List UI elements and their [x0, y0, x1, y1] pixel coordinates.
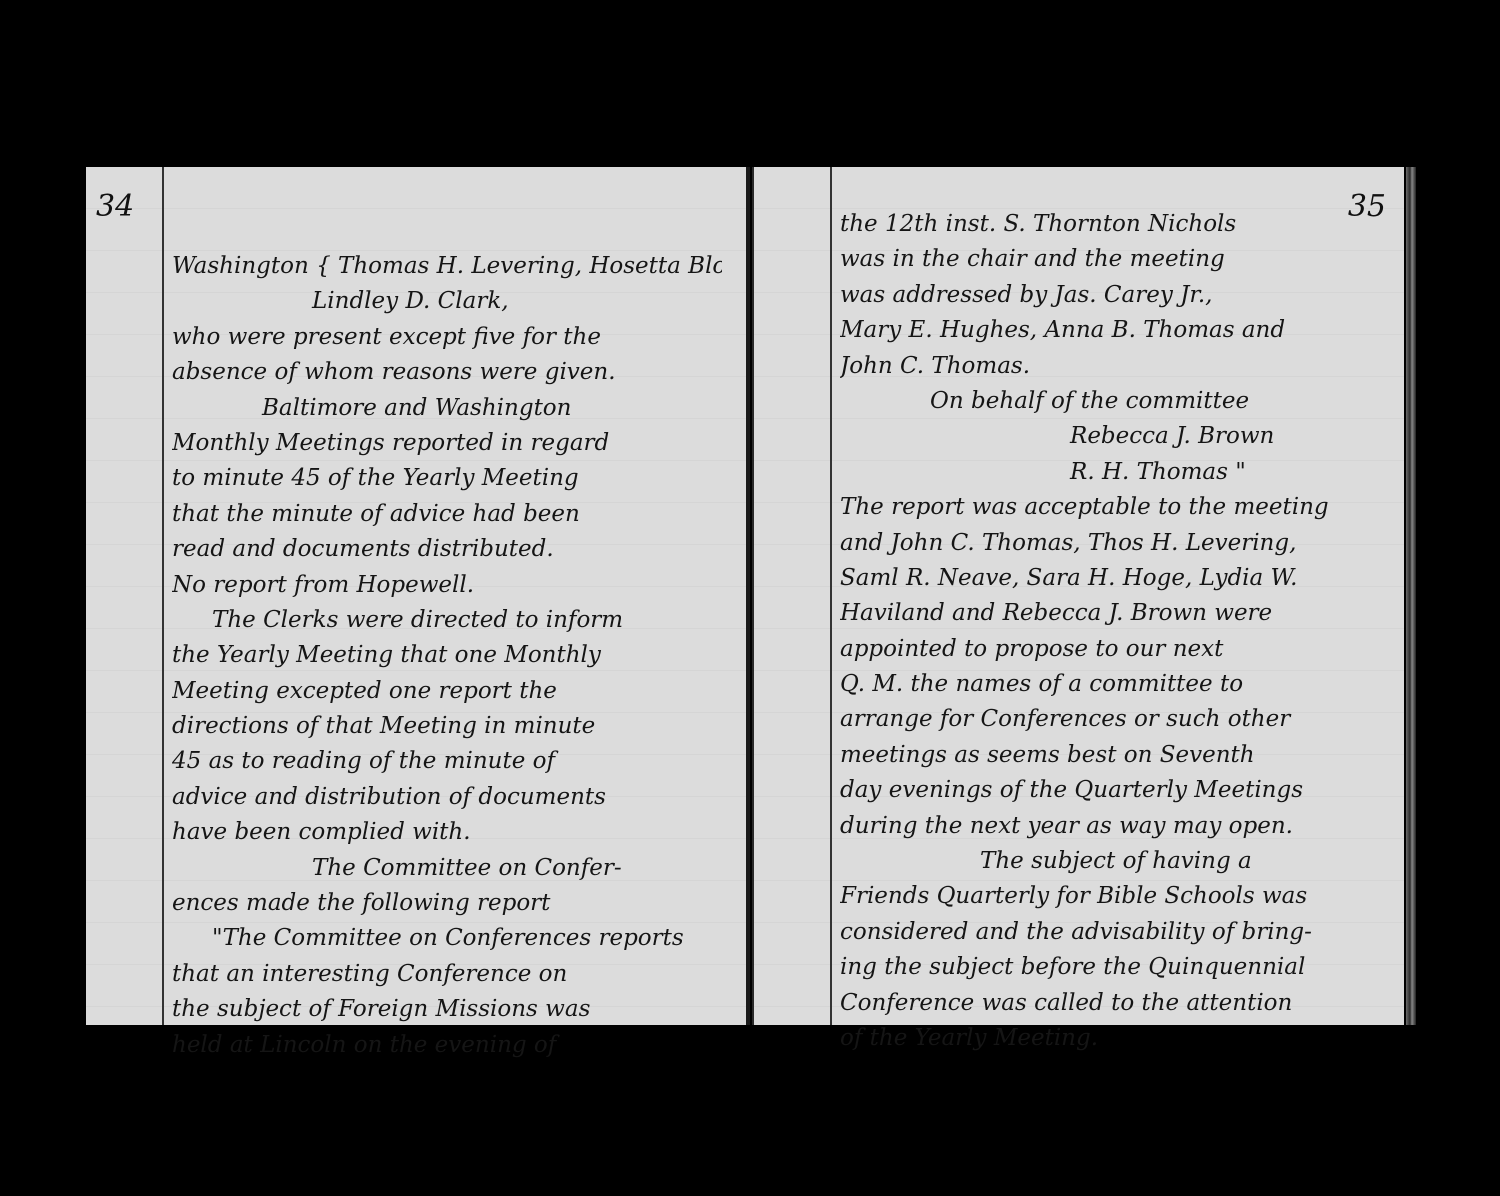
- text-line: R. H. Thomas ": [840, 455, 1380, 490]
- text-line: ing the subject before the Quinquennial: [840, 950, 1380, 985]
- text-line: ences made the following report: [172, 886, 722, 921]
- text-line: that the minute of advice had been: [172, 497, 722, 532]
- text-line: considered and the advisability of bring…: [840, 915, 1380, 950]
- margin-rule: [162, 167, 164, 1025]
- text-line: who were present except five for the: [172, 320, 722, 355]
- left-page: 34 Washington { Thomas H. Levering, Hose…: [86, 167, 750, 1025]
- text-line: Friends Quarterly for Bible Schools was: [840, 879, 1380, 914]
- text-line: The report was acceptable to the meeting: [840, 490, 1380, 525]
- text-line: the Yearly Meeting that one Monthly: [172, 638, 722, 673]
- text-line: "The Committee on Conferences reports: [172, 921, 722, 956]
- text-line: during the next year as way may open.: [840, 809, 1380, 844]
- text-line: 45 as to reading of the minute of: [172, 744, 722, 779]
- text-line: the subject of Foreign Missions was: [172, 992, 722, 1027]
- text-line: arrange for Conferences or such other: [840, 702, 1380, 737]
- text-line: was in the chair and the meeting: [840, 242, 1380, 277]
- text-line: absence of whom reasons were given.: [172, 355, 722, 390]
- text-line: Rebecca J. Brown: [840, 419, 1380, 454]
- text-line: the 12th inst. S. Thornton Nichols: [840, 207, 1380, 242]
- right-page: 35 the 12th inst. S. Thornton Nicholswas…: [752, 167, 1404, 1025]
- text-line: The Clerks were directed to inform: [172, 603, 722, 638]
- text-line: Conference was called to the attention: [840, 986, 1380, 1021]
- text-line: to minute 45 of the Yearly Meeting: [172, 461, 722, 496]
- text-line: have been complied with.: [172, 815, 722, 850]
- text-line: meetings as seems best on Seventh: [840, 738, 1380, 773]
- text-line: Saml R. Neave, Sara H. Hoge, Lydia W.: [840, 561, 1380, 596]
- text-line: and John C. Thomas, Thos H. Levering,: [840, 526, 1380, 561]
- text-line: John C. Thomas.: [840, 349, 1380, 384]
- text-line: advice and distribution of documents: [172, 780, 722, 815]
- text-line: Mary E. Hughes, Anna B. Thomas and: [840, 313, 1380, 348]
- text-line: Washington { Thomas H. Levering, Hosetta…: [172, 249, 722, 284]
- text-line: directions of that Meeting in minute: [172, 709, 722, 744]
- text-line: Lindley D. Clark,: [172, 284, 722, 319]
- text-line: was addressed by Jas. Carey Jr.,: [840, 278, 1380, 313]
- text-line: day evenings of the Quarterly Meetings: [840, 773, 1380, 808]
- text-line: appointed to propose to our next: [840, 632, 1380, 667]
- text-line: Monthly Meetings reported in regard: [172, 426, 722, 461]
- text-line: Baltimore and Washington: [172, 391, 722, 426]
- text-line: No report from Hopewell.: [172, 568, 722, 603]
- text-line: Haviland and Rebecca J. Brown were: [840, 596, 1380, 631]
- handwritten-text: the 12th inst. S. Thornton Nicholswas in…: [840, 207, 1380, 1056]
- text-line: On behalf of the committee: [840, 384, 1380, 419]
- text-line: held at Lincoln on the evening of: [172, 1028, 722, 1063]
- text-line: The subject of having a: [840, 844, 1380, 879]
- text-line: read and documents distributed.: [172, 532, 722, 567]
- text-line: that an interesting Conference on: [172, 957, 722, 992]
- margin-rule: [830, 167, 832, 1025]
- text-line: of the Yearly Meeting.: [840, 1021, 1380, 1056]
- handwritten-text: Washington { Thomas H. Levering, Hosetta…: [172, 249, 722, 1063]
- text-line: Meeting excepted one report the: [172, 674, 722, 709]
- page-number: 34: [96, 189, 134, 224]
- text-line: The Committee on Confer-: [172, 851, 722, 886]
- text-line: Q. M. the names of a committee to: [840, 667, 1380, 702]
